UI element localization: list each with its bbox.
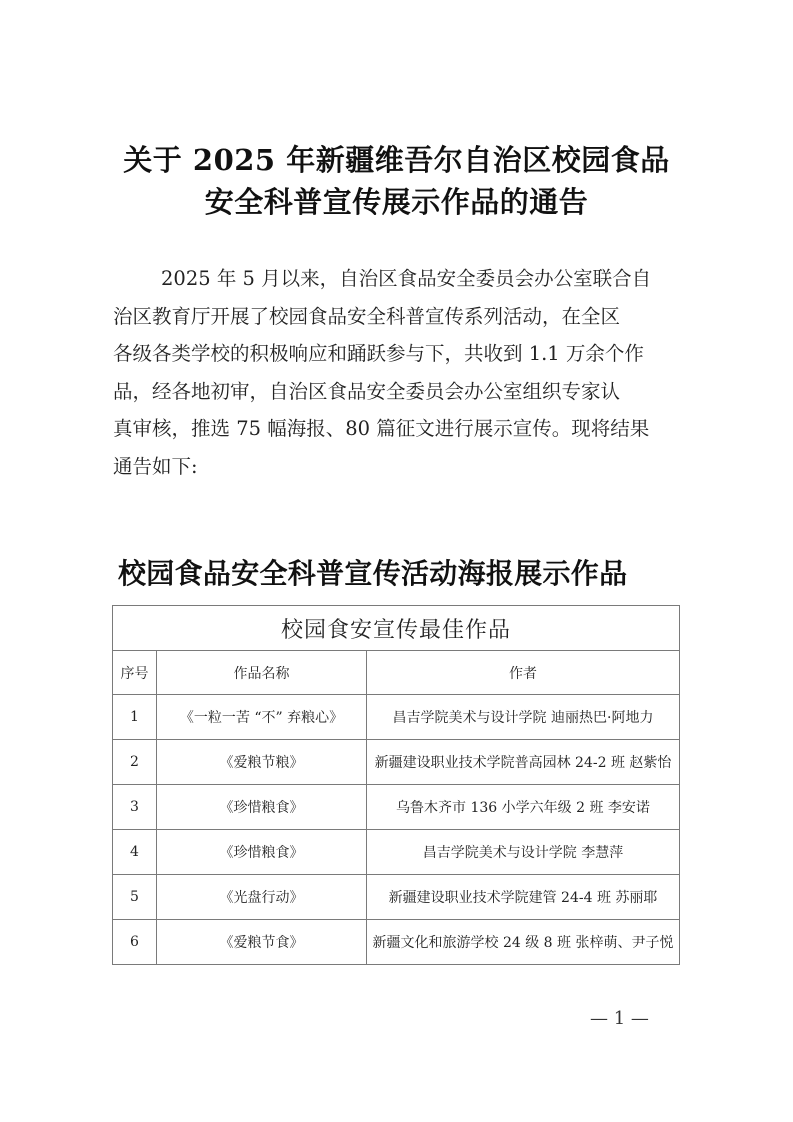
cell-author: 新疆文化和旅游学校 24 级 8 班 张梓萌、尹子悦 bbox=[367, 920, 680, 965]
table-row: 6 《爱粮节食》 新疆文化和旅游学校 24 级 8 班 张梓萌、尹子悦 bbox=[113, 920, 680, 965]
table-row: 4 《珍惜粮食》 昌吉学院美术与设计学院 李慧萍 bbox=[113, 830, 680, 875]
cell-no: 4 bbox=[113, 830, 157, 875]
header-no: 序号 bbox=[113, 651, 157, 695]
paragraph-line: 治区教育厅开展了校园食品安全科普宣传系列活动，在全区 bbox=[113, 298, 683, 336]
cell-work-name: 《爱粮节食》 bbox=[157, 920, 367, 965]
intro-paragraph: 2025 年 5 月以来，自治区食品安全委员会办公室联合自 治区教育厅开展了校园… bbox=[113, 260, 683, 486]
works-table: 校园食安宣传最佳作品 序号 作品名称 作者 1 《一粒一苦 “不” 弃粮心》 昌… bbox=[112, 605, 680, 965]
section-title: 校园食品安全科普宣传活动海报展示作品 bbox=[118, 552, 627, 592]
paragraph-line: 2025 年 5 月以来，自治区食品安全委员会办公室联合自 bbox=[113, 260, 683, 298]
page-number: — 1 — bbox=[590, 1008, 649, 1029]
header-author: 作者 bbox=[367, 651, 680, 695]
paragraph-line: 各级各类学校的积极响应和踊跃参与下，共收到 1.1 万余个作 bbox=[113, 335, 683, 373]
cell-no: 3 bbox=[113, 785, 157, 830]
cell-author: 新疆建设职业技术学院普高园林 24-2 班 赵紫怡 bbox=[367, 740, 680, 785]
cell-author: 昌吉学院美术与设计学院 迪丽热巴·阿地力 bbox=[367, 695, 680, 740]
cell-no: 6 bbox=[113, 920, 157, 965]
cell-work-name: 《光盘行动》 bbox=[157, 875, 367, 920]
cell-no: 5 bbox=[113, 875, 157, 920]
document-title-line-2: 安全科普宣传展示作品的通告 bbox=[0, 180, 793, 221]
document-title-line-1: 关于 2025 年新疆维吾尔自治区校园食品 bbox=[0, 138, 793, 179]
cell-work-name: 《爱粮节粮》 bbox=[157, 740, 367, 785]
cell-author: 昌吉学院美术与设计学院 李慧萍 bbox=[367, 830, 680, 875]
paragraph-line: 真审核，推选 75 幅海报、80 篇征文进行展示宣传。现将结果 bbox=[113, 410, 683, 448]
paragraph-line: 通告如下: bbox=[113, 448, 683, 486]
table-row: 3 《珍惜粮食》 乌鲁木齐市 136 小学六年级 2 班 李安诺 bbox=[113, 785, 680, 830]
table-row: 2 《爱粮节粮》 新疆建设职业技术学院普高园林 24-2 班 赵紫怡 bbox=[113, 740, 680, 785]
paragraph-line: 品，经各地初审，自治区食品安全委员会办公室组织专家认 bbox=[113, 373, 683, 411]
header-work-name: 作品名称 bbox=[157, 651, 367, 695]
table-header-row: 序号 作品名称 作者 bbox=[113, 651, 680, 695]
table-row: 5 《光盘行动》 新疆建设职业技术学院建管 24-4 班 苏丽耶 bbox=[113, 875, 680, 920]
cell-work-name: 《一粒一苦 “不” 弃粮心》 bbox=[157, 695, 367, 740]
cell-author: 乌鲁木齐市 136 小学六年级 2 班 李安诺 bbox=[367, 785, 680, 830]
cell-work-name: 《珍惜粮食》 bbox=[157, 830, 367, 875]
cell-work-name: 《珍惜粮食》 bbox=[157, 785, 367, 830]
table-caption: 校园食安宣传最佳作品 bbox=[113, 606, 680, 651]
table-row: 1 《一粒一苦 “不” 弃粮心》 昌吉学院美术与设计学院 迪丽热巴·阿地力 bbox=[113, 695, 680, 740]
cell-no: 2 bbox=[113, 740, 157, 785]
cell-no: 1 bbox=[113, 695, 157, 740]
cell-author: 新疆建设职业技术学院建管 24-4 班 苏丽耶 bbox=[367, 875, 680, 920]
